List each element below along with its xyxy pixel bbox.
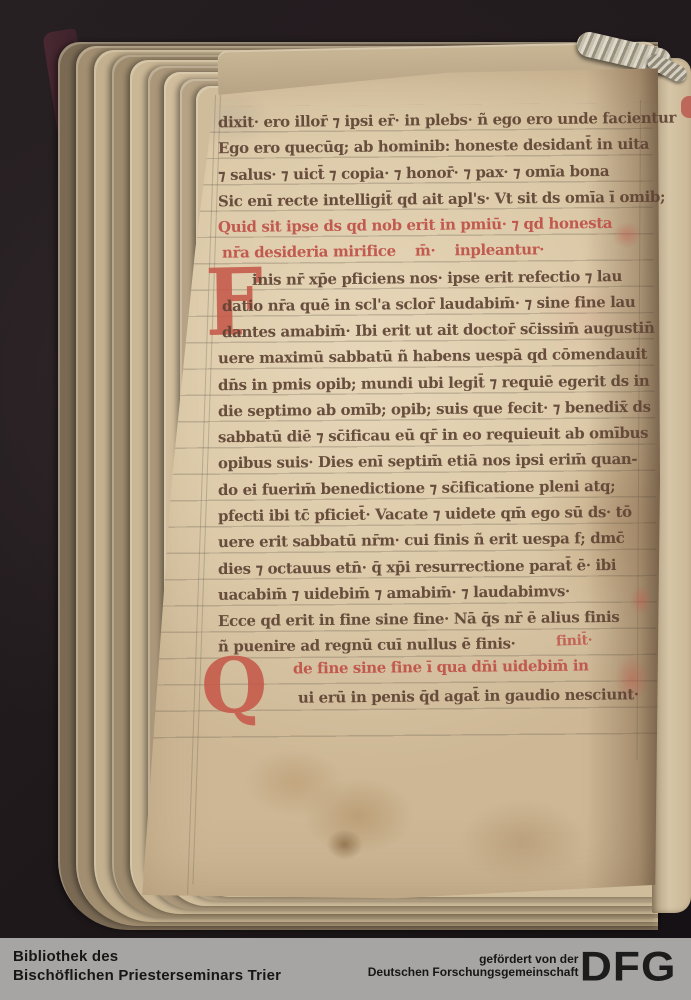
manuscript-line: Quid sit ipse ds qd nob erit in pmiū· ⁊ … xyxy=(218,215,612,236)
manuscript-line: ui erū in penis q̄d agat̄ in gaudio nesc… xyxy=(298,686,639,706)
manuscript-line: dantes amabim̄· Ibi erit ut ait doctor̄ … xyxy=(222,320,655,341)
manuscript-line: sabbatū diē ⁊ sc̄ificau eū qr̄ in eo req… xyxy=(218,425,648,446)
library-credit-line1: Bibliothek des xyxy=(13,947,281,966)
manuscript-line: dies ⁊ octauus etn̄· q̄ xp̄i resurrectio… xyxy=(218,557,616,578)
manuscript-line: de fine sine fine ī qua dn̄i uidebim̄ in xyxy=(293,657,589,677)
manuscript-photo: F Q finit̄· dixit· ero illor̄ ⁊ ipsi er̄… xyxy=(0,0,691,1000)
library-credit: Bibliothek des Bischöflichen Priestersem… xyxy=(13,947,281,985)
manuscript-text-block: F Q finit̄· dixit· ero illor̄ ⁊ ipsi er̄… xyxy=(0,0,691,1000)
margin-rubric-note: finit̄· xyxy=(556,633,593,648)
manuscript-line: nr̄a desideria mirifice m̄· inpleantur· xyxy=(222,241,544,261)
manuscript-line: do ei fuerim̄ benedictione ⁊ sc̄ificatio… xyxy=(218,478,615,499)
manuscript-line: Sic enī recte intelligit̄ qd ait apl's· … xyxy=(218,189,665,210)
manuscript-line: datio nr̄a quē in scl'a sclor̄ laudabim̄… xyxy=(222,294,635,315)
manuscript-line: inis nr̄ xp̄e pficiens nos· ipse erit re… xyxy=(252,268,622,288)
manuscript-line: dn̄s in pmis opib; mundi ubi legit̄ ⁊ re… xyxy=(218,373,650,394)
funding-credit-line1: gefördert von der xyxy=(368,953,579,967)
manuscript-line: ñ puenire ad regnū cuī nullus ē finis· xyxy=(218,635,516,655)
rubricated-initial-Q: Q xyxy=(200,647,268,724)
red-ink-smudge xyxy=(612,222,642,248)
manuscript-line: dixit· ero illor̄ ⁊ ipsi er̄· in plebs· … xyxy=(218,110,676,131)
dfg-logo: DFG xyxy=(580,946,677,987)
manuscript-line: pfecti ibi tc̄ pficiet̄· Vacate ⁊ uidete… xyxy=(218,504,632,525)
manuscript-line: opibus suis· Dies enī septim̄ etiā nos i… xyxy=(218,451,637,472)
manuscript-line: uere maximū sabbatū ñ habens uespā qd cō… xyxy=(218,346,647,367)
red-ink-smudge xyxy=(630,585,652,615)
funding-credit: gefördert von der Deutschen Forschungsge… xyxy=(368,946,677,986)
library-credit-line2: Bischöflichen Priesterseminars Trier xyxy=(13,966,281,985)
manuscript-line: Ego ero quecūq; ab hominib: honeste desi… xyxy=(218,136,649,157)
funding-credit-line2: Deutschen Forschungsgemeinschaft xyxy=(368,966,579,980)
credit-banner: Bibliothek des Bischöflichen Priestersem… xyxy=(0,938,691,1000)
manuscript-line: ⁊ salus· ⁊ uict̄ ⁊ copia· ⁊ honor̄· ⁊ pa… xyxy=(218,163,609,184)
manuscript-line: uere erit sabbatū nr̄m· cui finis ñ erit… xyxy=(218,530,625,551)
manuscript-line: Ecce qd erit in fine sine fine· Nā q̄s n… xyxy=(218,609,620,630)
manuscript-line: die septimo ab omīb; opib; suis que feci… xyxy=(218,399,651,420)
manuscript-line: uacabim̄ ⁊ uidebim̄ ⁊ amabim̄· ⁊ laudabi… xyxy=(218,583,570,603)
